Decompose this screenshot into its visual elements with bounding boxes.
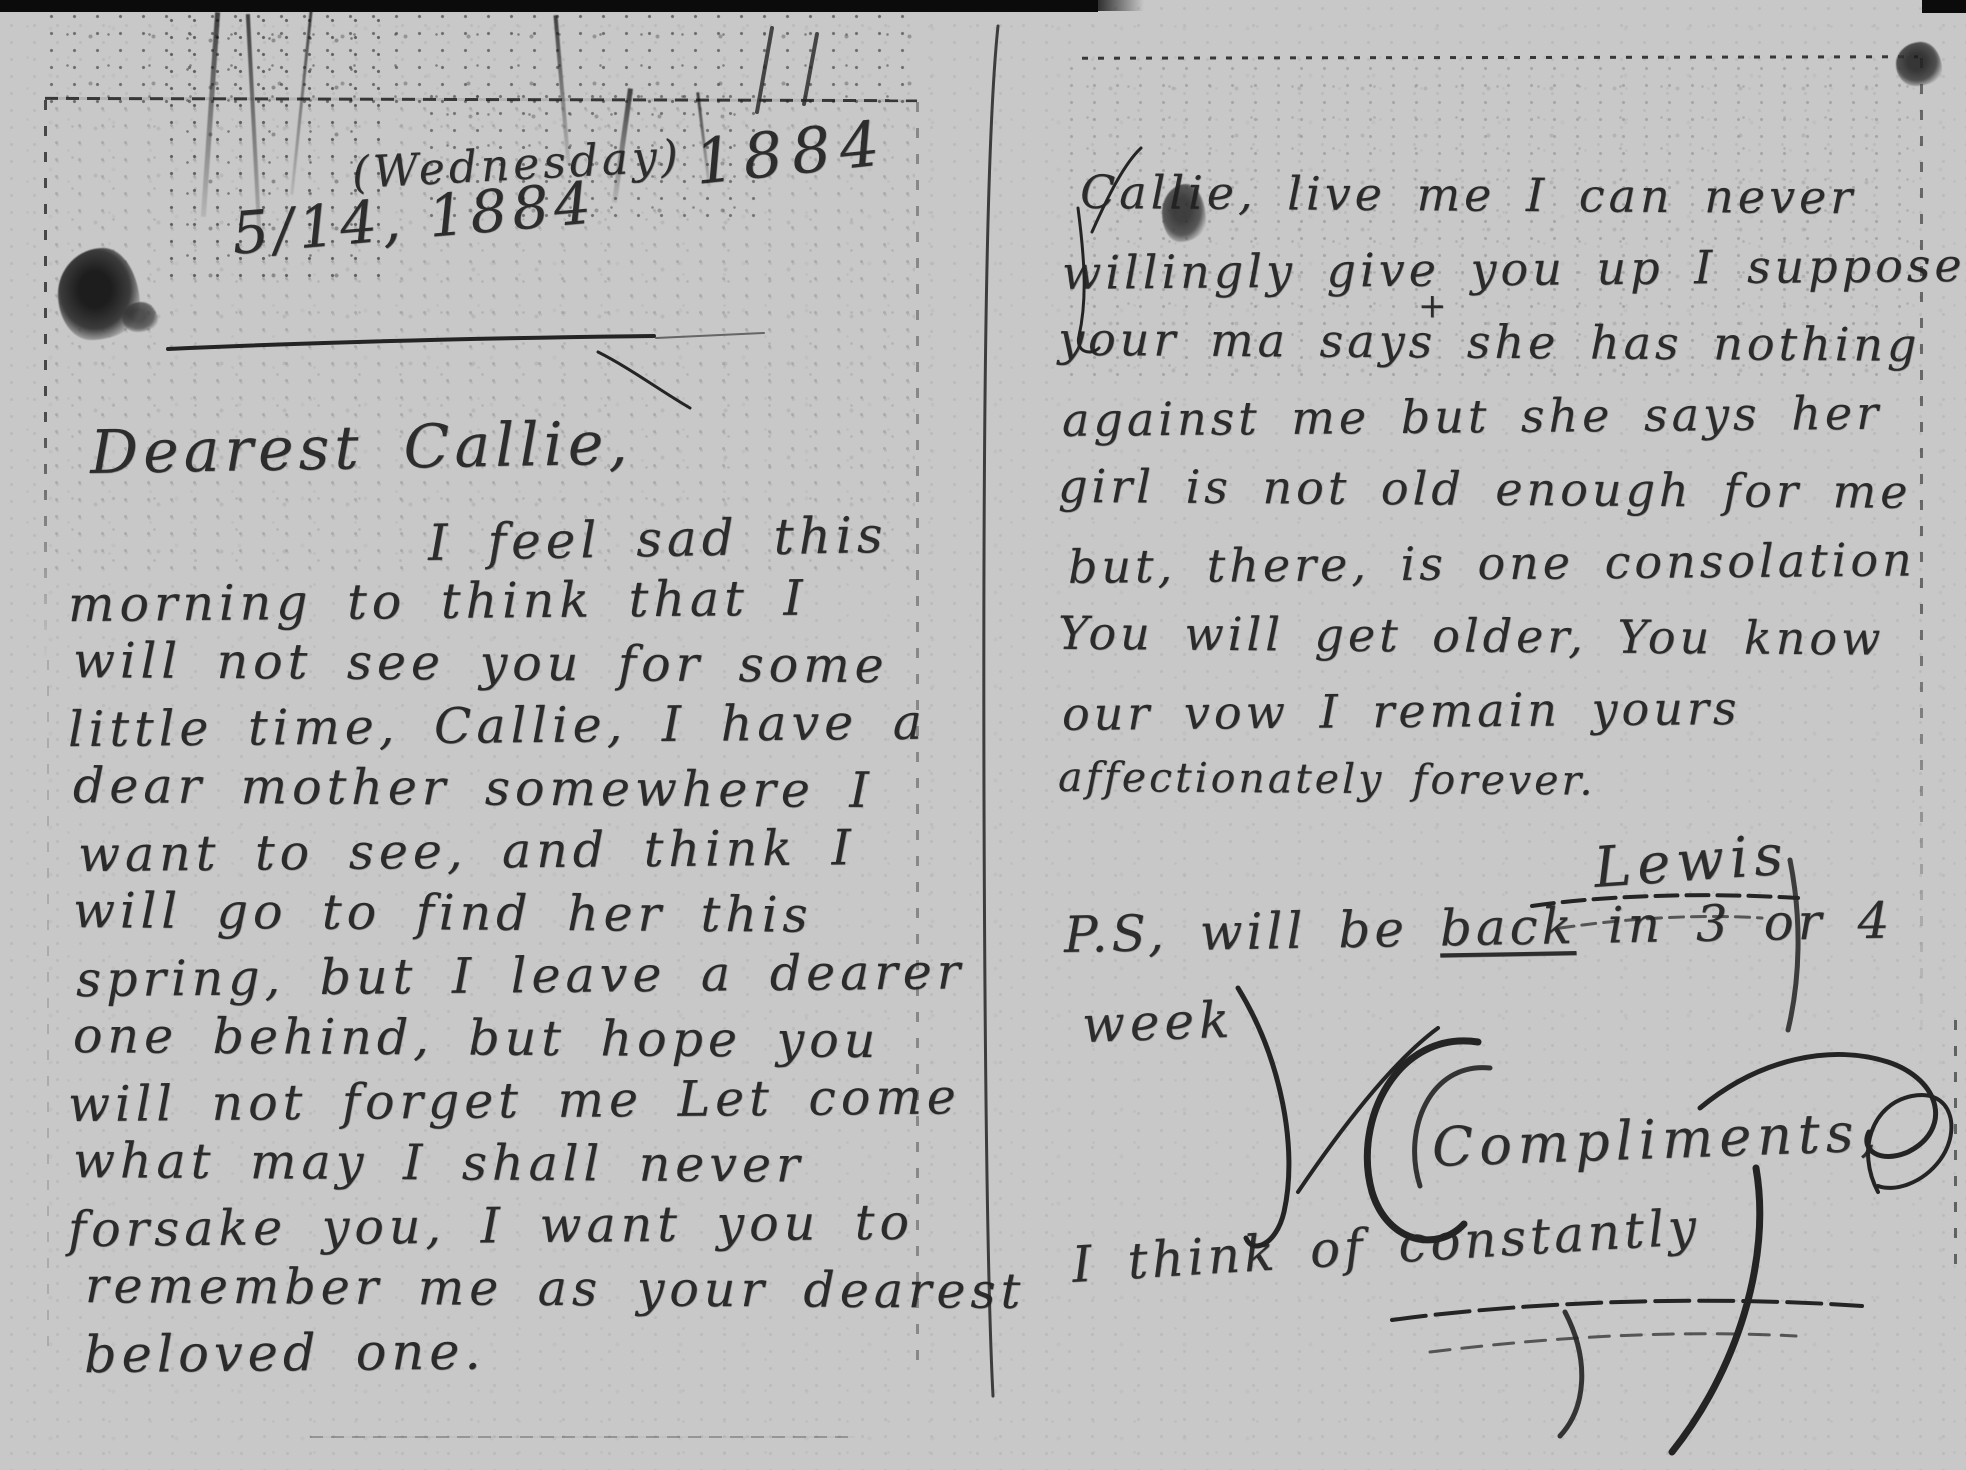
letter-line: willingly give you up I suppose <box>1062 238 1966 319</box>
postscript-post: in 3 or 4 <box>1575 892 1893 956</box>
compliments-word: Compliments, <box>1431 1100 1884 1179</box>
letter-line: beloved one. <box>84 1318 1021 1389</box>
postscript-line2: week <box>1081 991 1235 1054</box>
letter-line: dear mother somewhere I <box>73 757 1026 825</box>
right-page-right-border-lower <box>1954 1020 1957 1265</box>
letter-line: against me but she says her <box>1062 385 1966 466</box>
constantly-y-descender <box>1560 1312 1582 1436</box>
letter-line: will not forget me Let come <box>68 1068 1021 1139</box>
scanner-edge-bar-tail <box>1098 0 1144 11</box>
letter-line: will go to find her this <box>73 882 1026 950</box>
compliments-lead-swash <box>1298 1028 1438 1192</box>
scanned-letter: (Wednesday) 1884 5/14, 1884 Dearest Call… <box>0 0 1966 1470</box>
letter-line: morning to think that I <box>68 568 1021 639</box>
right-page-top-border <box>1082 55 1918 59</box>
letter-line: what may I shall never <box>73 1132 1026 1200</box>
date-underline-tail <box>656 333 764 338</box>
scanner-edge-corner <box>1922 0 1966 13</box>
ink-blot-corner <box>1896 42 1942 86</box>
letter-line: affectionately forever. <box>1058 753 1962 833</box>
salutation: Dearest Callie, <box>89 409 633 488</box>
letter-line: girl is not old enough for me <box>1058 459 1962 539</box>
left-page-body: morning to think that I will not see you… <box>68 572 1020 1385</box>
letter-line: will not see you for some <box>73 632 1026 700</box>
letter-line: but, there, is one consolation <box>1068 532 1966 613</box>
left-page-top-border <box>45 97 917 102</box>
closing-sweep-line-lower <box>1430 1334 1796 1352</box>
letter-line: forsake you, I want you to <box>68 1193 1021 1264</box>
letter-line: your ma says she has nothing <box>1058 312 1962 392</box>
postscript-line: P.S, will be back in 3 or 4 <box>1063 892 1893 964</box>
closing-line: I think of constantly <box>1070 1198 1702 1294</box>
closing-sweep-line <box>1392 1301 1862 1320</box>
toner-smudge-top-band <box>40 8 920 108</box>
postscript-pre: P.S, will be <box>1063 899 1440 964</box>
plus-mark: + <box>1418 286 1447 326</box>
date-line: 5/14, 1884 <box>229 168 598 268</box>
left-page-left-border-faint <box>47 660 49 1360</box>
week-descender-flourish <box>1238 988 1289 1246</box>
date-underline <box>168 336 654 349</box>
letter-line: want to see, and think I <box>78 818 1021 889</box>
toner-streak <box>201 12 220 217</box>
date-slash-mark <box>598 352 690 408</box>
top-pen-stroke <box>804 34 817 104</box>
left-page-left-border <box>44 100 47 660</box>
letter-line: remember me as your dearest <box>85 1257 1026 1325</box>
letter-line: our vow I remain yours <box>1062 679 1966 760</box>
letter-line: Callie, live me I can never <box>1080 165 1962 245</box>
year-annotation: 1884 <box>691 106 891 199</box>
scanner-edge-bar <box>0 0 1098 12</box>
toner-streak <box>290 10 312 194</box>
right-page-body: Callie, live me I can never willingly gi… <box>1058 168 1962 830</box>
letter-line: You will get older, You know <box>1058 606 1962 686</box>
letter-line: little time, Callie, I have a <box>68 693 1021 764</box>
opening-line: I feel sad this <box>427 506 887 572</box>
letter-line: one behind, but hope you <box>73 1007 1026 1075</box>
signature: Lewis <box>1592 822 1791 900</box>
postscript-underlined-word: back <box>1439 897 1576 957</box>
letter-line: spring, but I leave a dearer <box>76 943 1021 1014</box>
bottom-edge-dashes <box>310 1436 855 1438</box>
ink-blot-small <box>122 302 158 332</box>
